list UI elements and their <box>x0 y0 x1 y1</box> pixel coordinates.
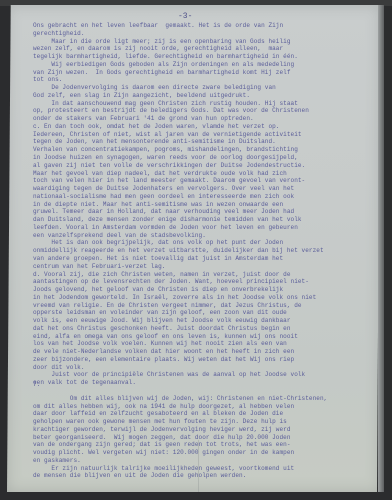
text-line: Maar het gevoel van diep nadeel, dat het… <box>33 170 378 178</box>
text-line: vreemd van religie. En de Christen verge… <box>33 302 378 310</box>
text-line: dat het ons Christus geschonken heeft. J… <box>33 325 378 333</box>
text-line: van Zijn wezen. In Gods gerechtigheid en… <box>33 69 378 77</box>
text-line: Er zijn natuurlijk talrijke moeilijkhede… <box>33 465 378 473</box>
text-line: nationaal-socialisme had men geen oordee… <box>33 193 378 201</box>
text-line: opperste leidsman en voleinder van zijn … <box>33 309 378 317</box>
text-line <box>33 387 378 395</box>
text-line: Maar in die orde ligt meer; zij is een o… <box>33 38 378 46</box>
text-line: centrum van het Februari-verzet lag. <box>33 263 378 271</box>
text-line: Het is dan ook begrijpelijk, dat ons vol… <box>33 239 378 247</box>
text-line: Juist voor de principiële Christenen was… <box>33 371 378 379</box>
text-line: tot ons. <box>33 76 378 84</box>
text-line: de vele niet-Nederlandse volken dat hier… <box>33 348 378 356</box>
text-line: Joods gelovend, het geloof van de Christ… <box>33 286 378 294</box>
text-line: voudig plicht. Wel vergeten wij niet: 12… <box>33 449 378 457</box>
typewritten-body: Ons gebracht en het leven leefbaar gemaa… <box>33 22 378 480</box>
text-line: een valk tot de tegenaanval. <box>33 379 378 387</box>
text-line: gruwel. Temeer daar in Holland, dat naar… <box>33 208 378 216</box>
text-line: geholpen waren ook gewone mensen met hun… <box>33 418 378 426</box>
text-line: van de ondergang zijn gered; dat is geen… <box>33 441 378 449</box>
page-edge-shadow <box>378 5 384 492</box>
text-line: daar door laffeid en zelfzucht gesabotee… <box>33 410 378 418</box>
text-line: onder de stakers van Februari '41 de gro… <box>33 115 378 123</box>
text-line: Om dit alles blijven wij de Joden, wij: … <box>33 395 378 403</box>
text-line: leefden. Vooral in Amsterdam vormden de … <box>33 224 378 232</box>
text-line: op, protesteert en bestrijdt de beledige… <box>33 107 378 115</box>
text-line: Iedereen, Christen of niet, wist al jare… <box>33 131 378 139</box>
text-line: God zelf, een slag in Zijn aangezicht, b… <box>33 92 378 100</box>
text-line: tegen de Joden, van het mensonterende an… <box>33 138 378 146</box>
section-number: 7. <box>33 381 40 388</box>
text-line: d. Vooral zij, die zich Christen weten, … <box>33 271 378 279</box>
text-line: waardiging tegen de Duitse Jodenhaters e… <box>33 185 378 193</box>
text-line: onmiddellijk reageerde en het verzet uit… <box>33 247 378 255</box>
text-line: krachtiger geworden, terwijl de Jodenver… <box>33 426 378 434</box>
text-line: door dit volk. <box>33 364 378 372</box>
text-line: van andere groepen. Het is niet toevalli… <box>33 255 378 263</box>
text-line: Ons gebracht en het leven leefbaar gemaa… <box>33 22 378 30</box>
text-line: volk is, een eeuwige Jood. Wij blijven h… <box>33 317 378 325</box>
text-line: De Jodenvervolging is daarom een directe… <box>33 84 378 92</box>
text-line: en gaskamers. <box>33 457 378 465</box>
text-line: om dit alles hebben wij, ook na 1941 de … <box>33 403 378 411</box>
text-line: aantastingen op de levensrechten der Jod… <box>33 278 378 286</box>
text-line: gerechtigheid. <box>33 30 378 38</box>
text-line: eind, alfa en omega van ons geloof en on… <box>33 333 378 341</box>
text-line: Wij eerbiedigen Gods geboden als Zijn or… <box>33 61 378 69</box>
text-line: beter georganiseerd. Wij mogen zeggen, d… <box>33 434 378 442</box>
text-line: tegelijk barmhartigheid, liefde. Gerecht… <box>33 53 378 61</box>
text-line: toch van velen hier in het land meester … <box>33 177 378 185</box>
text-line: een vanzelfsprekend deel van de stadsbev… <box>33 232 378 240</box>
text-line: c. En dan toch ook, omdat het de Joden w… <box>33 123 378 131</box>
text-line: In dat aanschouwend mag geen Christen zi… <box>33 100 378 108</box>
text-line: in de diepte niet. Maar het anti-semitis… <box>33 201 378 209</box>
text-line: wezen zelf, en daarom is zij nooit orde,… <box>33 45 378 53</box>
text-line: al gaven zij niet ten volle de verschrik… <box>33 162 378 170</box>
text-line: in het Jodendom geworteld. In Israël, zo… <box>33 294 378 302</box>
text-line: de mensen die blijven en uit de Joden di… <box>33 472 378 480</box>
text-line: dan Duitsland, deze mensen zonder enige … <box>33 216 378 224</box>
text-line: Verhalen van concentratiekampen, pogroms… <box>33 146 378 154</box>
text-line: zeer bijzondere, een elementaire plaats.… <box>33 356 378 364</box>
text-line: los van het Joodse volk voelen. Kunnen w… <box>33 340 378 348</box>
page-number: -3- <box>178 12 192 21</box>
text-line: in Joodse huizen en synagogen, waren ree… <box>33 154 378 162</box>
